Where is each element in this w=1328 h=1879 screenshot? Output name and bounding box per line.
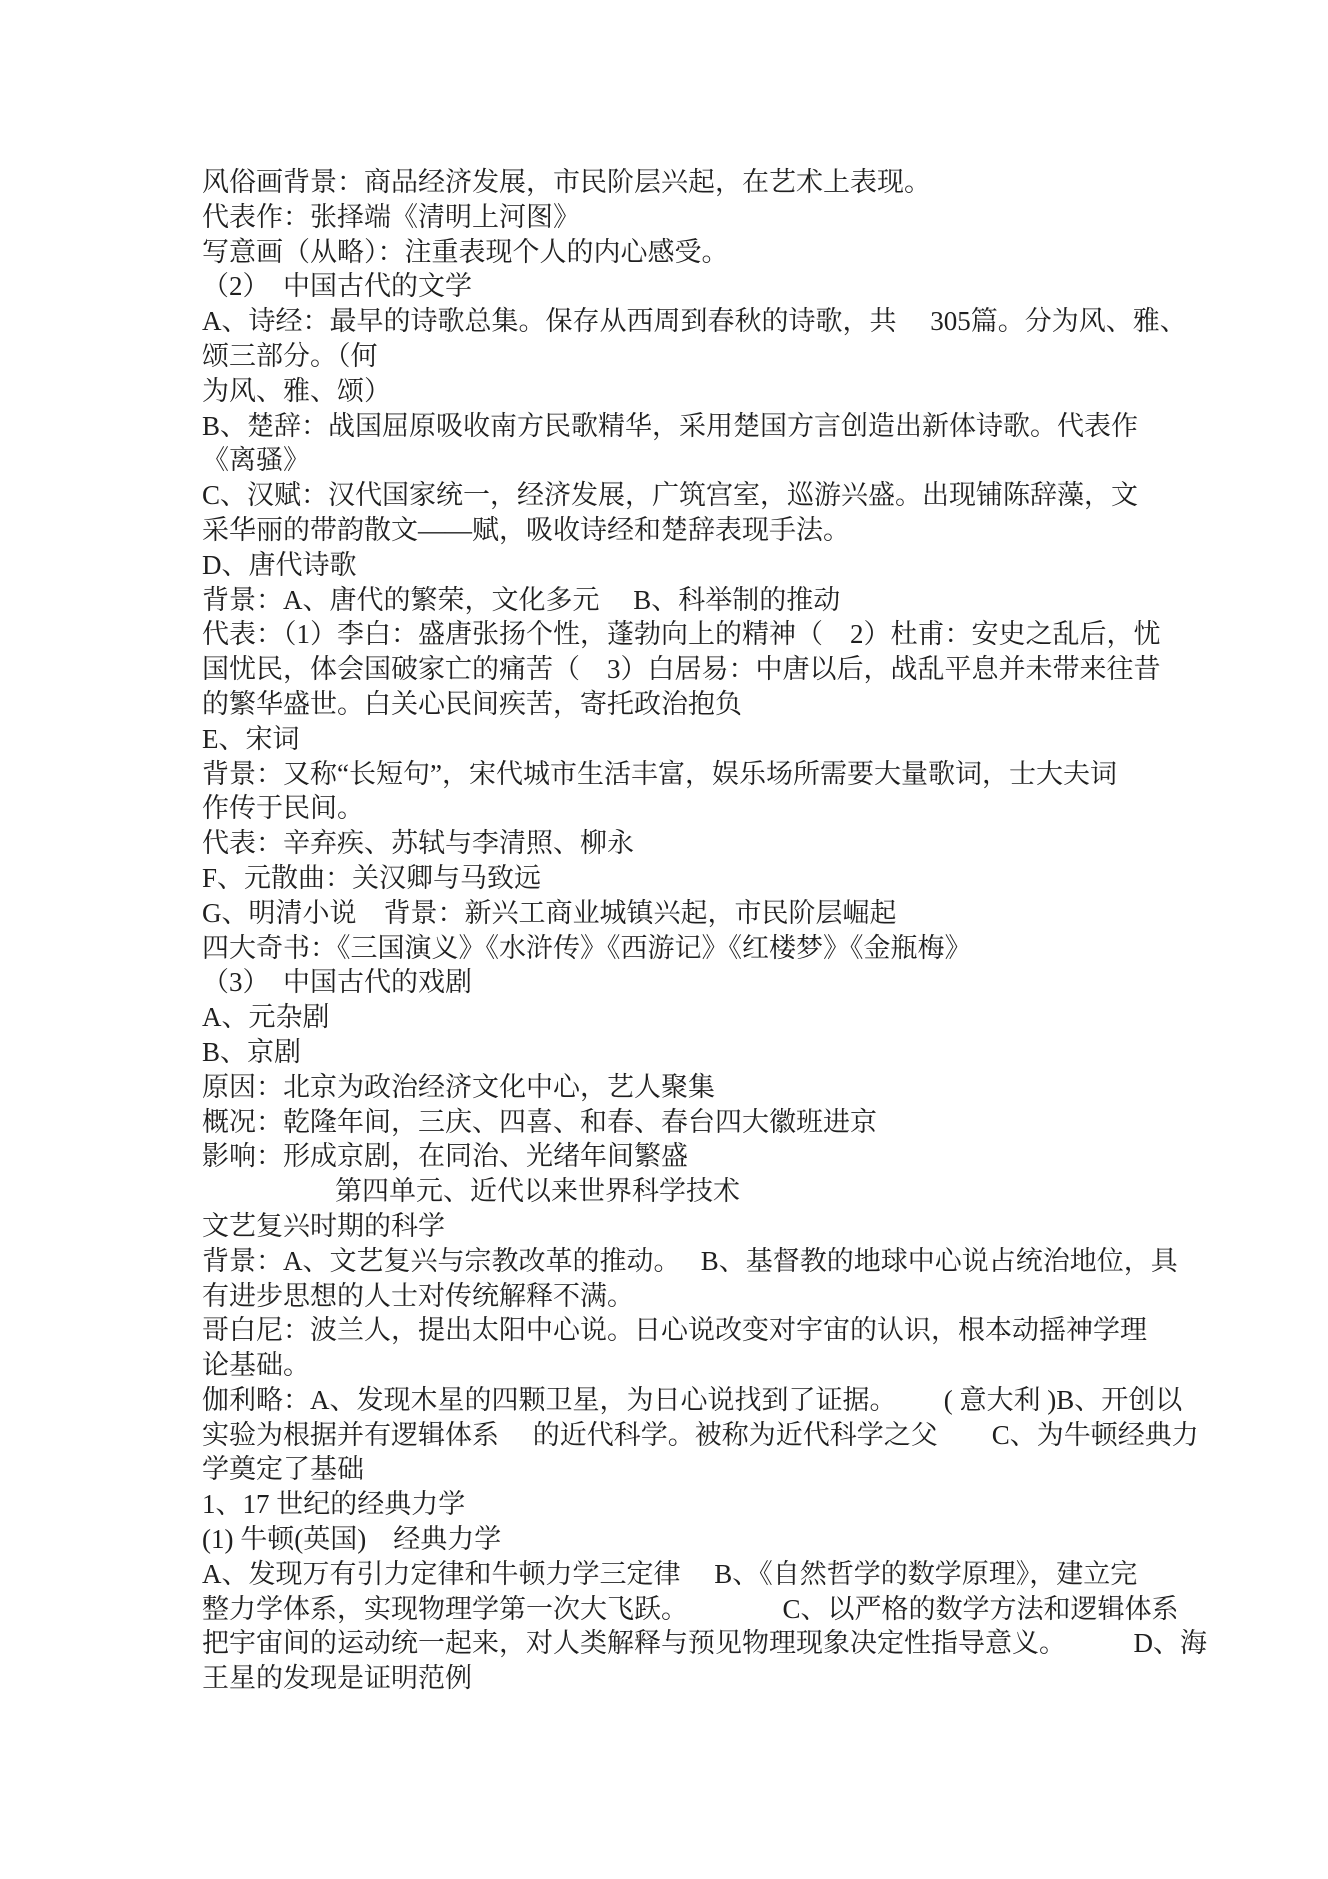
text-line: 把宇宙间的运动统一起来，对人类解释与预见物理现象决定性指导意义。 D、海 (202, 1626, 1202, 1661)
text-line: A、发现万有引力定律和牛顿力学三定律 B、《自然哲学的数学原理》，建立完 (202, 1557, 1202, 1592)
text-line: A、诗经：最早的诗歌总集。保存从西周到春秋的诗歌，共 305篇。分为风、雅、 (202, 304, 1202, 339)
text-line: 四大奇书：《三国演义》《水浒传》《西游记》《红楼梦》《金瓶梅》 (202, 931, 1202, 966)
text-line: 背景：A、文艺复兴与宗教改革的推动。 B、基督教的地球中心说占统治地位，具 (202, 1244, 1202, 1279)
text-line: A、元杂剧 (202, 1000, 1202, 1035)
text-line: 第四单元、近代以来世界科学技术 (202, 1174, 1202, 1209)
text-line: 的繁华盛世。白关心民间疾苦，寄托政治抱负 (202, 687, 1202, 722)
text-line: D、唐代诗歌 (202, 548, 1202, 583)
text-line: 1、17 世纪的经典力学 (202, 1487, 1202, 1522)
text-line: 背景：又称“长短句”，宋代城市生活丰富，娱乐场所需要大量歌词，士大夫词 (202, 757, 1202, 792)
text-line: 代表：（1）李白：盛唐张扬个性，蓬勃向上的精神（ 2）杜甫：安史之乱后，忧 (202, 617, 1202, 652)
document-page: 风俗画背景：商品经济发展，市民阶层兴起，在艺术上表现。代表作：张择端《清明上河图… (0, 0, 1328, 1879)
text-line: 代表：辛弃疾、苏轼与李清照、柳永 (202, 826, 1202, 861)
text-line: 概况：乾隆年间，三庆、四喜、和春、春台四大徽班进京 (202, 1105, 1202, 1140)
text-line: B、京剧 (202, 1035, 1202, 1070)
text-line: 影响：形成京剧，在同治、光绪年间繁盛 (202, 1139, 1202, 1174)
text-line: 有进步思想的人士对传统解释不满。 (202, 1279, 1202, 1314)
text-line: 《离骚》 (202, 443, 1202, 478)
text-line: 论基础。 (202, 1348, 1202, 1383)
text-line: 写意画（从略）：注重表现个人的内心感受。 (202, 235, 1202, 270)
text-line: 实验为根据并有逻辑体系 的近代科学。被称为近代科学之父 C、为牛顿经典力 (202, 1418, 1202, 1453)
text-line: G、明清小说 背景：新兴工商业城镇兴起，市民阶层崛起 (202, 896, 1202, 931)
text-line: B、楚辞：战国屈原吸收南方民歌精华，采用楚国方言创造出新体诗歌。代表作 (202, 409, 1202, 444)
text-line: 哥白尼：波兰人，提出太阳中心说。日心说改变对宇宙的认识，根本动摇神学理 (202, 1313, 1202, 1348)
text-line: (1) 牛顿(英国) 经典力学 (202, 1522, 1202, 1557)
text-line: F、元散曲：关汉卿与马致远 (202, 861, 1202, 896)
document-body: 风俗画背景：商品经济发展，市民阶层兴起，在艺术上表现。代表作：张择端《清明上河图… (202, 165, 1202, 1696)
text-line: 风俗画背景：商品经济发展，市民阶层兴起，在艺术上表现。 (202, 165, 1202, 200)
text-line: 伽利略：A、发现木星的四颗卫星，为日心说找到了证据。 ( 意大利 )B、开创以 (202, 1383, 1202, 1418)
text-line: 国忧民，体会国破家亡的痛苦（ 3）白居易：中唐以后，战乱平息并未带来往昔 (202, 652, 1202, 687)
text-line: （2） 中国古代的文学 (202, 269, 1202, 304)
text-line: 代表作：张择端《清明上河图》 (202, 200, 1202, 235)
text-line: 学奠定了基础 (202, 1452, 1202, 1487)
text-line: 作传于民间。 (202, 791, 1202, 826)
text-line: 颂三部分。（何 (202, 339, 1202, 374)
text-line: 为风、雅、颂） (202, 374, 1202, 409)
text-line: 背景：A、唐代的繁荣，文化多元 B、科举制的推动 (202, 583, 1202, 618)
text-line: E、宋词 (202, 722, 1202, 757)
text-line: 王星的发现是证明范例 (202, 1661, 1202, 1696)
text-line: 整力学体系，实现物理学第一次大飞跃。 C、以严格的数学方法和逻辑体系 (202, 1592, 1202, 1627)
text-line: （3） 中国古代的戏剧 (202, 965, 1202, 1000)
text-line: 文艺复兴时期的科学 (202, 1209, 1202, 1244)
text-line: C、汉赋：汉代国家统一，经济发展，广筑宫室，巡游兴盛。出现铺陈辞藻，文 (202, 478, 1202, 513)
text-line: 原因：北京为政治经济文化中心，艺人聚集 (202, 1070, 1202, 1105)
text-line: 采华丽的带韵散文——赋，吸收诗经和楚辞表现手法。 (202, 513, 1202, 548)
